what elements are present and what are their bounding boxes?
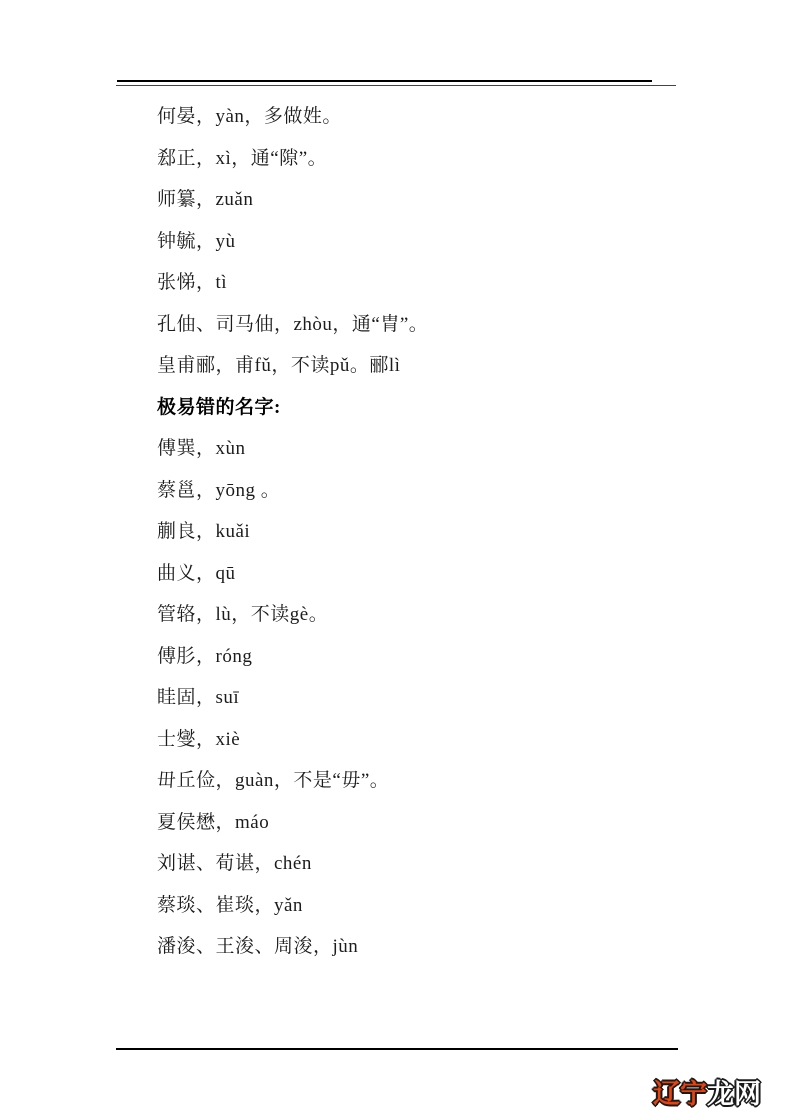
text-line: 傅肜，róng	[157, 636, 737, 678]
text-line: 毌丘俭，guàn，不是“毋”。	[157, 760, 737, 802]
section-heading: 极易错的名字:	[157, 387, 737, 429]
top-rule-thin	[116, 85, 676, 86]
text-line: 刘谌、荀谌，chén	[157, 843, 737, 885]
document-page: 何晏，yàn，多做姓。郄正，xì，通“隙”。师纂，zuǎn钟毓，yù张悌，tì孔…	[0, 0, 792, 1120]
bottom-rule	[116, 1048, 678, 1050]
text-line: 孔伷、司马伷，zhòu，通“胄”。	[157, 304, 737, 346]
text-line: 钟毓，yù	[157, 221, 737, 263]
text-line: 蔡琰、崔琰，yǎn	[157, 885, 737, 927]
text-line: 士燮，xiè	[157, 719, 737, 761]
text-line: 眭固，suī	[157, 677, 737, 719]
text-line: 傅巽，xùn	[157, 428, 737, 470]
text-line: 管辂，lù，不读gè。	[157, 594, 737, 636]
watermark-text-liaoning: 辽宁	[653, 1079, 707, 1110]
watermark-text-longwang: 龙网	[707, 1079, 761, 1110]
text-line: 夏侯懋，máo	[157, 802, 737, 844]
text-line: 潘浚、王浚、周浚，jùn	[157, 926, 737, 968]
text-line: 蒯良，kuǎi	[157, 511, 737, 553]
top-rule-thick	[117, 80, 652, 82]
text-line: 曲义，qū	[157, 553, 737, 595]
text-line: 何晏，yàn，多做姓。	[157, 96, 737, 138]
text-line: 蔡邕，yōng 。	[157, 470, 737, 512]
document-body: 何晏，yàn，多做姓。郄正，xì，通“隙”。师纂，zuǎn钟毓，yù张悌，tì孔…	[157, 96, 737, 968]
text-line: 皇甫郦，甫fǔ，不读pǔ。郦lì	[157, 345, 737, 387]
site-watermark-logo: 辽宁龙网	[653, 1072, 761, 1111]
text-line: 张悌，tì	[157, 262, 737, 304]
text-line: 师纂，zuǎn	[157, 179, 737, 221]
text-line: 郄正，xì，通“隙”。	[157, 138, 737, 180]
